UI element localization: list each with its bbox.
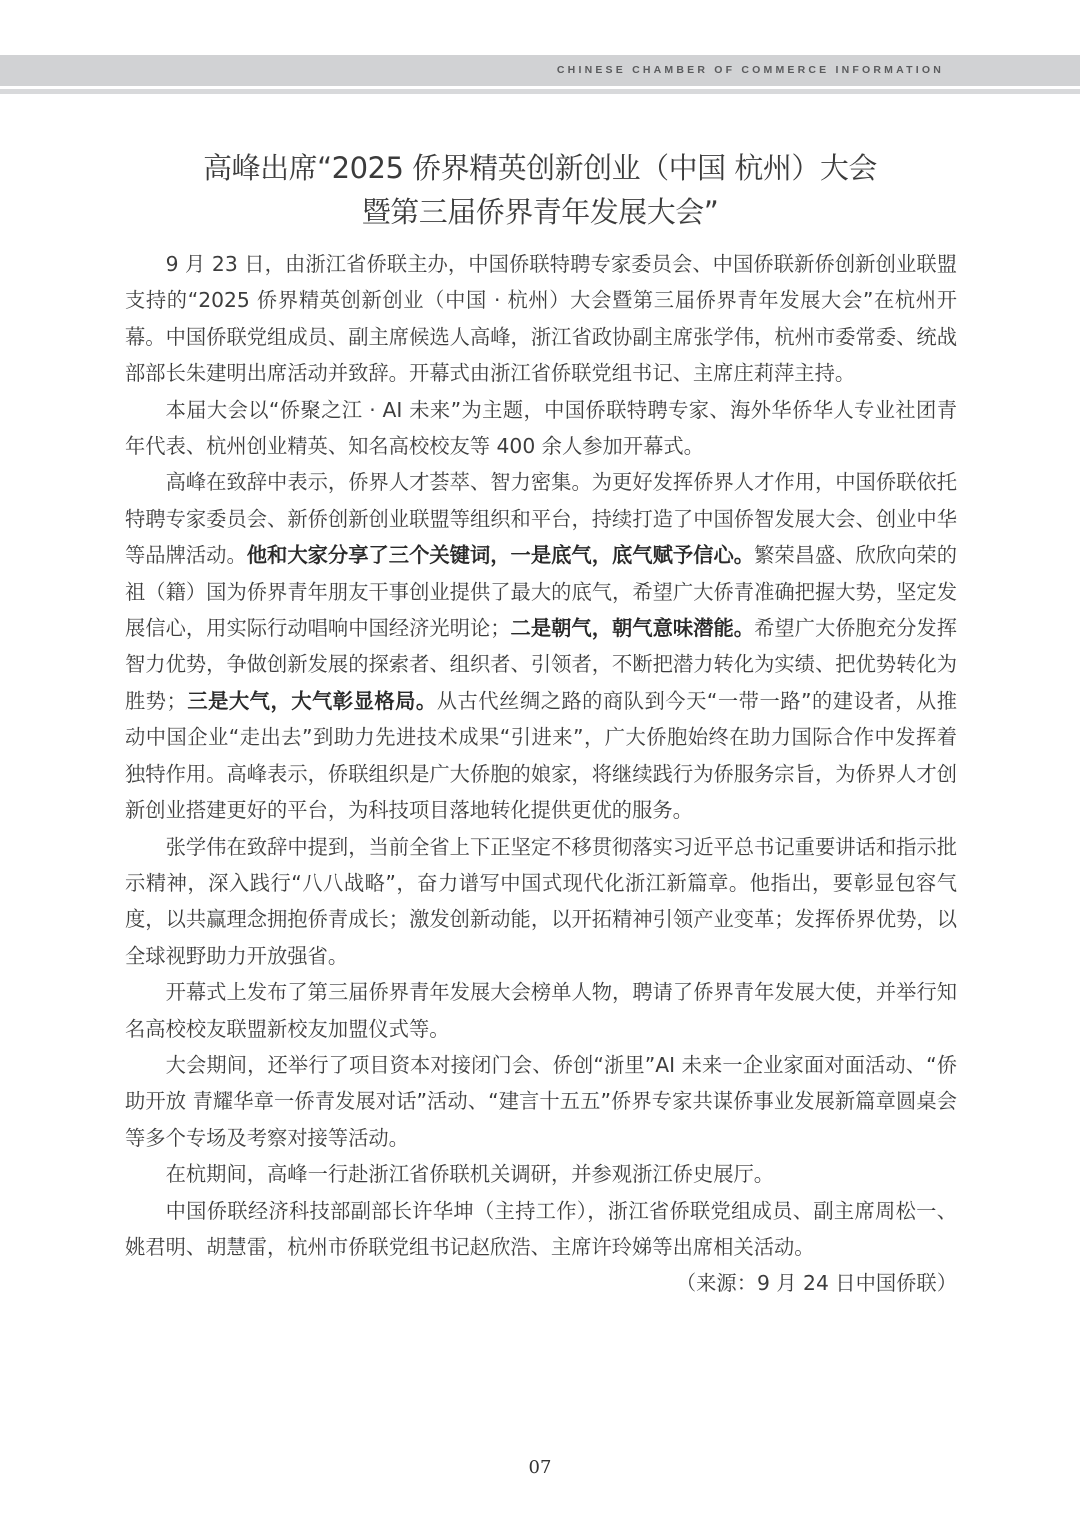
source-citation: （来源：9 月 24 日中国侨联） (125, 1265, 957, 1301)
keyword-3-bold: 三是大气，大气彰显格局。 (187, 689, 437, 713)
keyword-1-bold: 他和大家分享了三个关键词，一是底气，底气赋予信心。 (247, 543, 754, 567)
paragraph-3: 高峰在致辞中表示，侨界人才荟萃、智力密集。为更好发挥侨界人才作用，中国侨联依托特… (125, 464, 957, 828)
paragraph-7: 在杭期间，高峰一行赴浙江省侨联机关调研，并参观浙江侨史展厅。 (125, 1156, 957, 1192)
article-title: 高峰出席“2025 侨界精英创新创业（中国 杭州）大会 暨第三届侨界青年发展大会… (0, 146, 1080, 234)
paragraph-4: 张学伟在致辞中提到，当前全省上下正坚定不移贯彻落实习近平总书记重要讲话和指示批示… (125, 829, 957, 975)
article-title-line-1: 高峰出席“2025 侨界精英创新创业（中国 杭州）大会 (0, 146, 1080, 190)
article-body: 9 月 23 日，由浙江省侨联主办，中国侨联特聘专家委员会、中国侨联新侨创新创业… (125, 246, 957, 1302)
article-title-line-2: 暨第三届侨界青年发展大会” (0, 190, 1080, 234)
paragraph-8: 中国侨联经济科技部副部长许华坤（主持工作），浙江省侨联党组成员、副主席周松一、姚… (125, 1193, 957, 1266)
publication-name: CHINESE CHAMBER OF COMMERCE INFORMATION (557, 55, 944, 86)
page-number: 07 (0, 1457, 1080, 1478)
paragraph-6: 大会期间，还举行了项目资本对接闭门会、侨创“浙里”AI 未来一企业家面对面活动、… (125, 1047, 957, 1156)
paragraph-5: 开幕式上发布了第三届侨界青年发展大会榜单人物，聘请了侨界青年发展大使，并举行知名… (125, 974, 957, 1047)
header-divider-stripe (0, 89, 1080, 94)
keyword-2-bold: 二是朝气，朝气意味潜能。 (511, 616, 755, 640)
paragraph-2: 本届大会以“侨聚之江 · AI 未来”为主题，中国侨联特聘专家、海外华侨华人专业… (125, 392, 957, 465)
paragraph-1: 9 月 23 日，由浙江省侨联主办，中国侨联特聘专家委员会、中国侨联新侨创新创业… (125, 246, 957, 392)
